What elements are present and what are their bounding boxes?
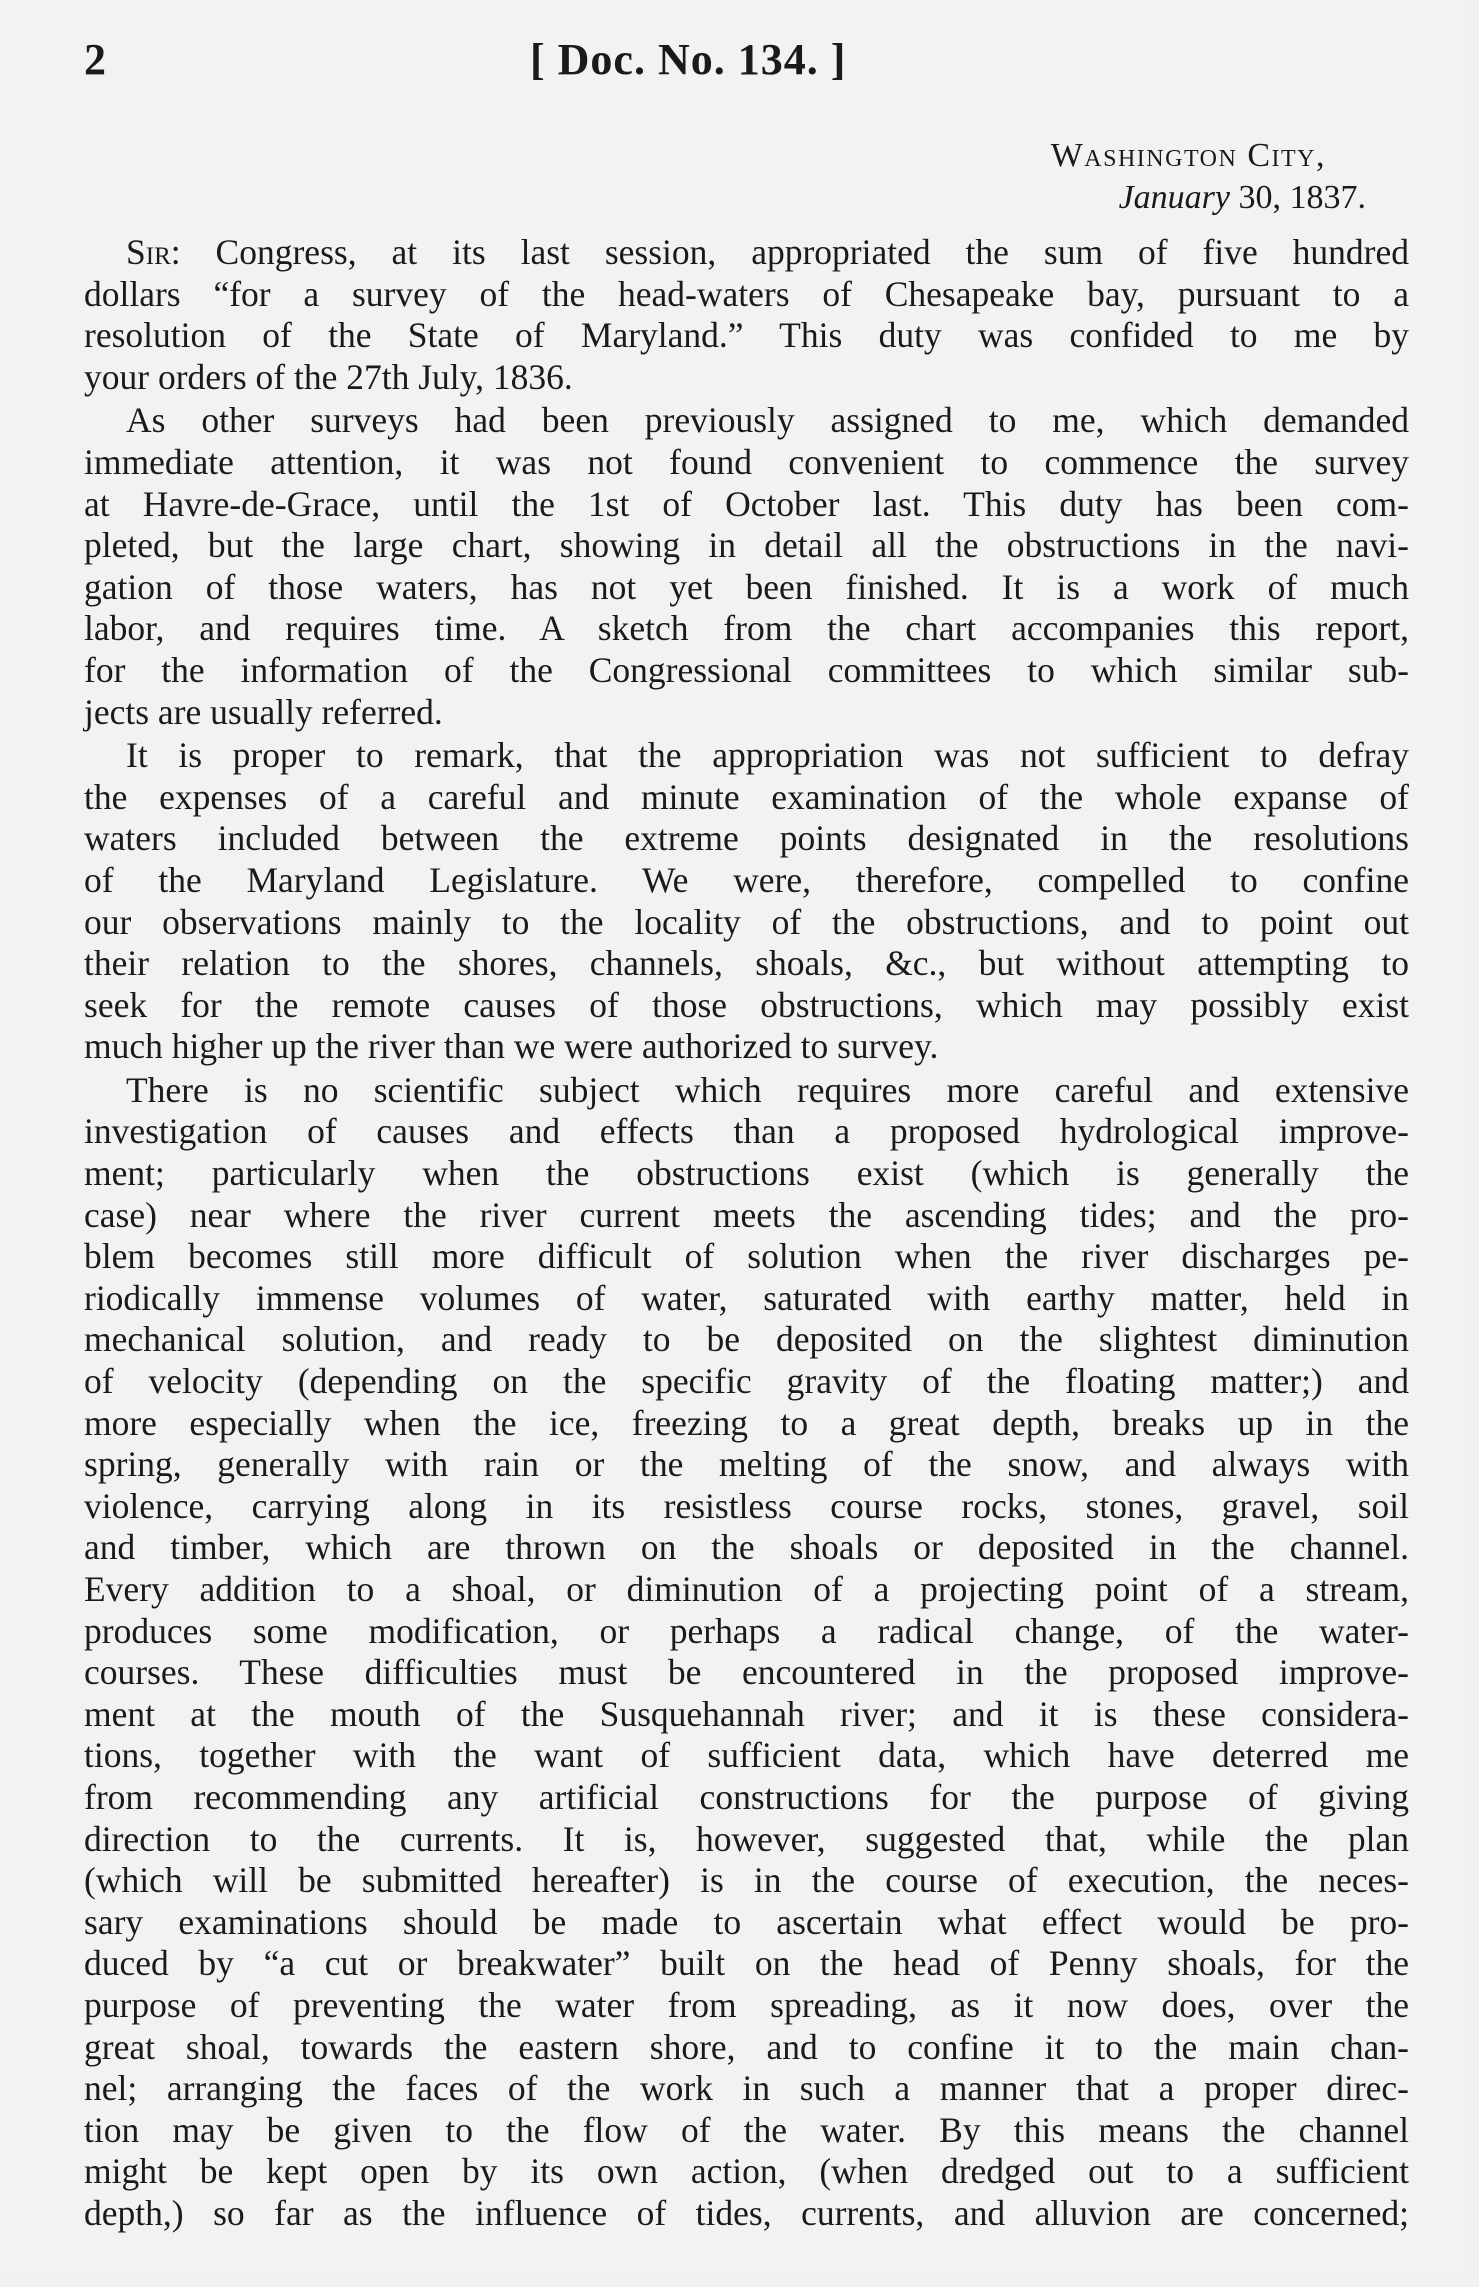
text-line: investigation of causes and effects than… [84, 1111, 1409, 1153]
text-line: duced by “a cut or breakwater” built on … [84, 1943, 1409, 1985]
letter-body: Sir: Congress, at its last session, appr… [84, 232, 1409, 2237]
text-line: As other surveys had been previously ass… [84, 400, 1409, 442]
text-line: more especially when the ice, freezing t… [84, 1403, 1409, 1445]
text-line: their relation to the shores, channels, … [84, 943, 1409, 985]
paragraph-3: It is proper to remark, that the appropr… [84, 735, 1409, 1068]
text-line: depth,) so far as the influence of tides… [84, 2193, 1409, 2235]
text-line: much higher up the river than we were au… [84, 1026, 1409, 1068]
text-line: waters included between the extreme poin… [84, 818, 1409, 860]
text-line: our observations mainly to the locality … [84, 902, 1409, 944]
text-line: labor, and requires time. A sketch from … [84, 608, 1409, 650]
text-line: for the information of the Congressional… [84, 650, 1409, 692]
document-title: [ Doc. No. 134. ] [530, 34, 846, 85]
text-line: ment at the mouth of the Susquehannah ri… [84, 1694, 1409, 1736]
paragraph-4: There is no scientific subject which req… [84, 1070, 1409, 2235]
text-line: of the Maryland Legislature. We were, th… [84, 860, 1409, 902]
text-line: blem becomes still more difficult of sol… [84, 1236, 1409, 1278]
dateline-day-year: 30, 1837. [1230, 179, 1366, 216]
text-line: immediate attention, it was not found co… [84, 442, 1409, 484]
dateline: Washington City, January 30, 1837. [1051, 135, 1366, 219]
text-line: case) near where the river current meets… [84, 1195, 1409, 1237]
dateline-date: January 30, 1837. [1051, 177, 1366, 219]
text-line: nel; arranging the faces of the work in … [84, 2068, 1409, 2110]
text-line: and timber, which are thrown on the shoa… [84, 1527, 1409, 1569]
text-line: produces some modification, or perhaps a… [84, 1611, 1409, 1653]
page-number: 2 [84, 34, 106, 85]
text-line: seek for the remote causes of those obst… [84, 985, 1409, 1027]
salutation: Sir [126, 232, 171, 272]
text-line: of velocity (depending on the specific g… [84, 1361, 1409, 1403]
text-line: your orders of the 27th July, 1836. [84, 357, 1409, 399]
text-line: ment; particularly when the obstructions… [84, 1153, 1409, 1195]
text-line: great shoal, towards the eastern shore, … [84, 2027, 1409, 2069]
dateline-city: Washington City, [1051, 135, 1366, 177]
text-line: dollars “for a survey of the head-waters… [84, 274, 1409, 316]
text-line: from recommending any artificial constru… [84, 1777, 1409, 1819]
text-line: pleted, but the large chart, showing in … [84, 525, 1409, 567]
text-line: gation of those waters, has not yet been… [84, 567, 1409, 609]
text-line: mechanical solution, and ready to be dep… [84, 1319, 1409, 1361]
text-line: There is no scientific subject which req… [84, 1070, 1409, 1112]
text-line: Every addition to a shoal, or diminution… [84, 1569, 1409, 1611]
dateline-month: January [1119, 179, 1230, 216]
text-line: Sir: Congress, at its last session, appr… [84, 232, 1409, 274]
text-line: purpose of preventing the water from spr… [84, 1985, 1409, 2027]
text-line: courses. These difficulties must be enco… [84, 1652, 1409, 1694]
text-line: riodically immense volumes of water, sat… [84, 1278, 1409, 1320]
paragraph-2: As other surveys had been previously ass… [84, 400, 1409, 733]
text-line: violence, carrying along in its resistle… [84, 1486, 1409, 1528]
text-line: tions, together with the want of suffici… [84, 1735, 1409, 1777]
text-line: at Havre-de-Grace, until the 1st of Octo… [84, 484, 1409, 526]
text-line: tion may be given to the flow of the wat… [84, 2110, 1409, 2152]
text-line: (which will be submitted hereafter) is i… [84, 1860, 1409, 1902]
text-line: sary examinations should be made to asce… [84, 1902, 1409, 1944]
text-line: resolution of the State of Maryland.” Th… [84, 315, 1409, 357]
text-line: spring, generally with rain or the melti… [84, 1444, 1409, 1486]
paragraph-1: Sir: Congress, at its last session, appr… [84, 232, 1409, 398]
text-line: the expenses of a careful and minute exa… [84, 777, 1409, 819]
page-header: 2 [ Doc. No. 134. ] [0, 30, 1479, 100]
document-page: 2 [ Doc. No. 134. ] Washington City, Jan… [0, 0, 1466, 2275]
text-line: It is proper to remark, that the appropr… [84, 735, 1409, 777]
text-line: might be kept open by its own action, (w… [84, 2151, 1409, 2193]
text-line: direction to the currents. It is, howeve… [84, 1819, 1409, 1861]
text-line: jects are usually referred. [84, 692, 1409, 734]
